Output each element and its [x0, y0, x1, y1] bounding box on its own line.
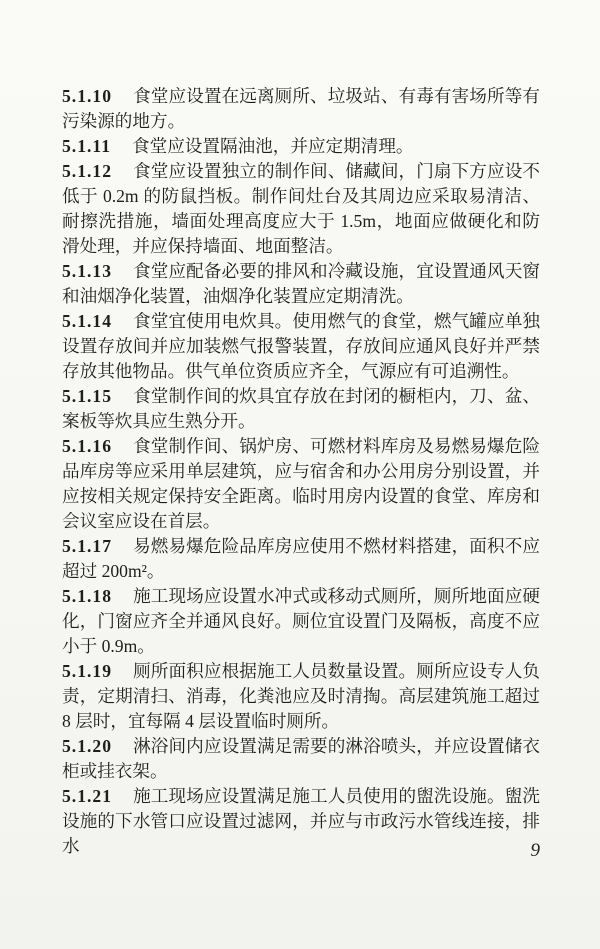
clause-5-1-12: 5.1.12食堂应设置独立的制作间、储藏间，门扇下方应设不低于 0.2m 的防鼠…	[62, 159, 540, 259]
clause-5-1-19: 5.1.19厕所面积应根据施工人员数量设置。厕所应设专人负责，定期清扫、消毒，化…	[62, 659, 540, 734]
document-page: 5.1.10食堂应设置在远离厕所、垃圾站、有毒有害场所等有污染源的地方。 5.1…	[0, 0, 600, 949]
clause-number: 5.1.16	[62, 436, 133, 456]
clause-5-1-15: 5.1.15食堂制作间的炊具宜存放在封闭的橱柜内，刀、盆、案板等炊具应生熟分开。	[62, 384, 540, 434]
clause-number: 5.1.17	[62, 536, 133, 556]
clause-number: 5.1.20	[62, 736, 133, 756]
clause-number: 5.1.11	[62, 136, 132, 156]
clause-number: 5.1.21	[62, 786, 133, 806]
clause-5-1-18: 5.1.18施工现场应设置水冲式或移动式厕所，厕所地面应硬化，门窗应齐全并通风良…	[62, 584, 540, 659]
clause-number: 5.1.12	[62, 161, 133, 181]
clause-5-1-17: 5.1.17易燃易爆危险品库房应使用不燃材料搭建，面积不应超过 200m²。	[62, 534, 540, 584]
clause-text: 食堂宜使用电炊具。使用燃气的食堂，燃气罐应单独设置存放间并应加装燃气报警装置，存…	[62, 311, 540, 381]
clause-number: 5.1.19	[62, 661, 133, 681]
page-body-text: 5.1.10食堂应设置在远离厕所、垃圾站、有毒有害场所等有污染源的地方。 5.1…	[62, 84, 540, 859]
clause-text: 食堂应设置隔油池，并应定期清理。	[132, 136, 414, 156]
clause-text: 食堂应设置在远离厕所、垃圾站、有毒有害场所等有污染源的地方。	[62, 86, 540, 131]
clause-5-1-11: 5.1.11食堂应设置隔油池，并应定期清理。	[62, 134, 540, 159]
clause-number: 5.1.10	[62, 86, 133, 106]
clause-text: 易燃易爆危险品库房应使用不燃材料搭建，面积不应超过 200m²。	[62, 536, 540, 581]
clause-number: 5.1.15	[62, 386, 133, 406]
clause-5-1-13: 5.1.13食堂应配备必要的排风和冷藏设施，宜设置通风天窗和油烟净化装置，油烟净…	[62, 259, 540, 309]
clause-text: 食堂制作间、锅炉房、可燃材料库房及易燃易爆危险品库房等应采用单层建筑，应与宿舍和…	[62, 436, 540, 531]
clause-text: 食堂应配备必要的排风和冷藏设施，宜设置通风天窗和油烟净化装置，油烟净化装置应定期…	[62, 261, 540, 306]
clause-text: 食堂制作间的炊具宜存放在封闭的橱柜内，刀、盆、案板等炊具应生熟分开。	[62, 386, 540, 431]
clause-number: 5.1.18	[62, 586, 133, 606]
clause-text: 食堂应设置独立的制作间、储藏间，门扇下方应设不低于 0.2m 的防鼠挡板。制作间…	[62, 161, 540, 256]
clause-number: 5.1.13	[62, 261, 133, 281]
clause-text: 厕所面积应根据施工人员数量设置。厕所应设专人负责，定期清扫、消毒，化粪池应及时清…	[62, 661, 540, 731]
clause-5-1-16: 5.1.16食堂制作间、锅炉房、可燃材料库房及易燃易爆危险品库房等应采用单层建筑…	[62, 434, 540, 534]
clause-5-1-14: 5.1.14食堂宜使用电炊具。使用燃气的食堂，燃气罐应单独设置存放间并应加装燃气…	[62, 309, 540, 384]
clause-text: 淋浴间内应设置满足需要的淋浴喷头，并应设置储衣柜或挂衣架。	[62, 736, 540, 781]
clause-5-1-10: 5.1.10食堂应设置在远离厕所、垃圾站、有毒有害场所等有污染源的地方。	[62, 84, 540, 134]
clause-text: 施工现场应设置水冲式或移动式厕所，厕所地面应硬化，门窗应齐全并通风良好。厕位宜设…	[62, 586, 540, 656]
clause-5-1-20: 5.1.20淋浴间内应设置满足需要的淋浴喷头，并应设置储衣柜或挂衣架。	[62, 734, 540, 784]
page-number: 9	[0, 840, 540, 862]
clause-number: 5.1.14	[62, 311, 133, 331]
